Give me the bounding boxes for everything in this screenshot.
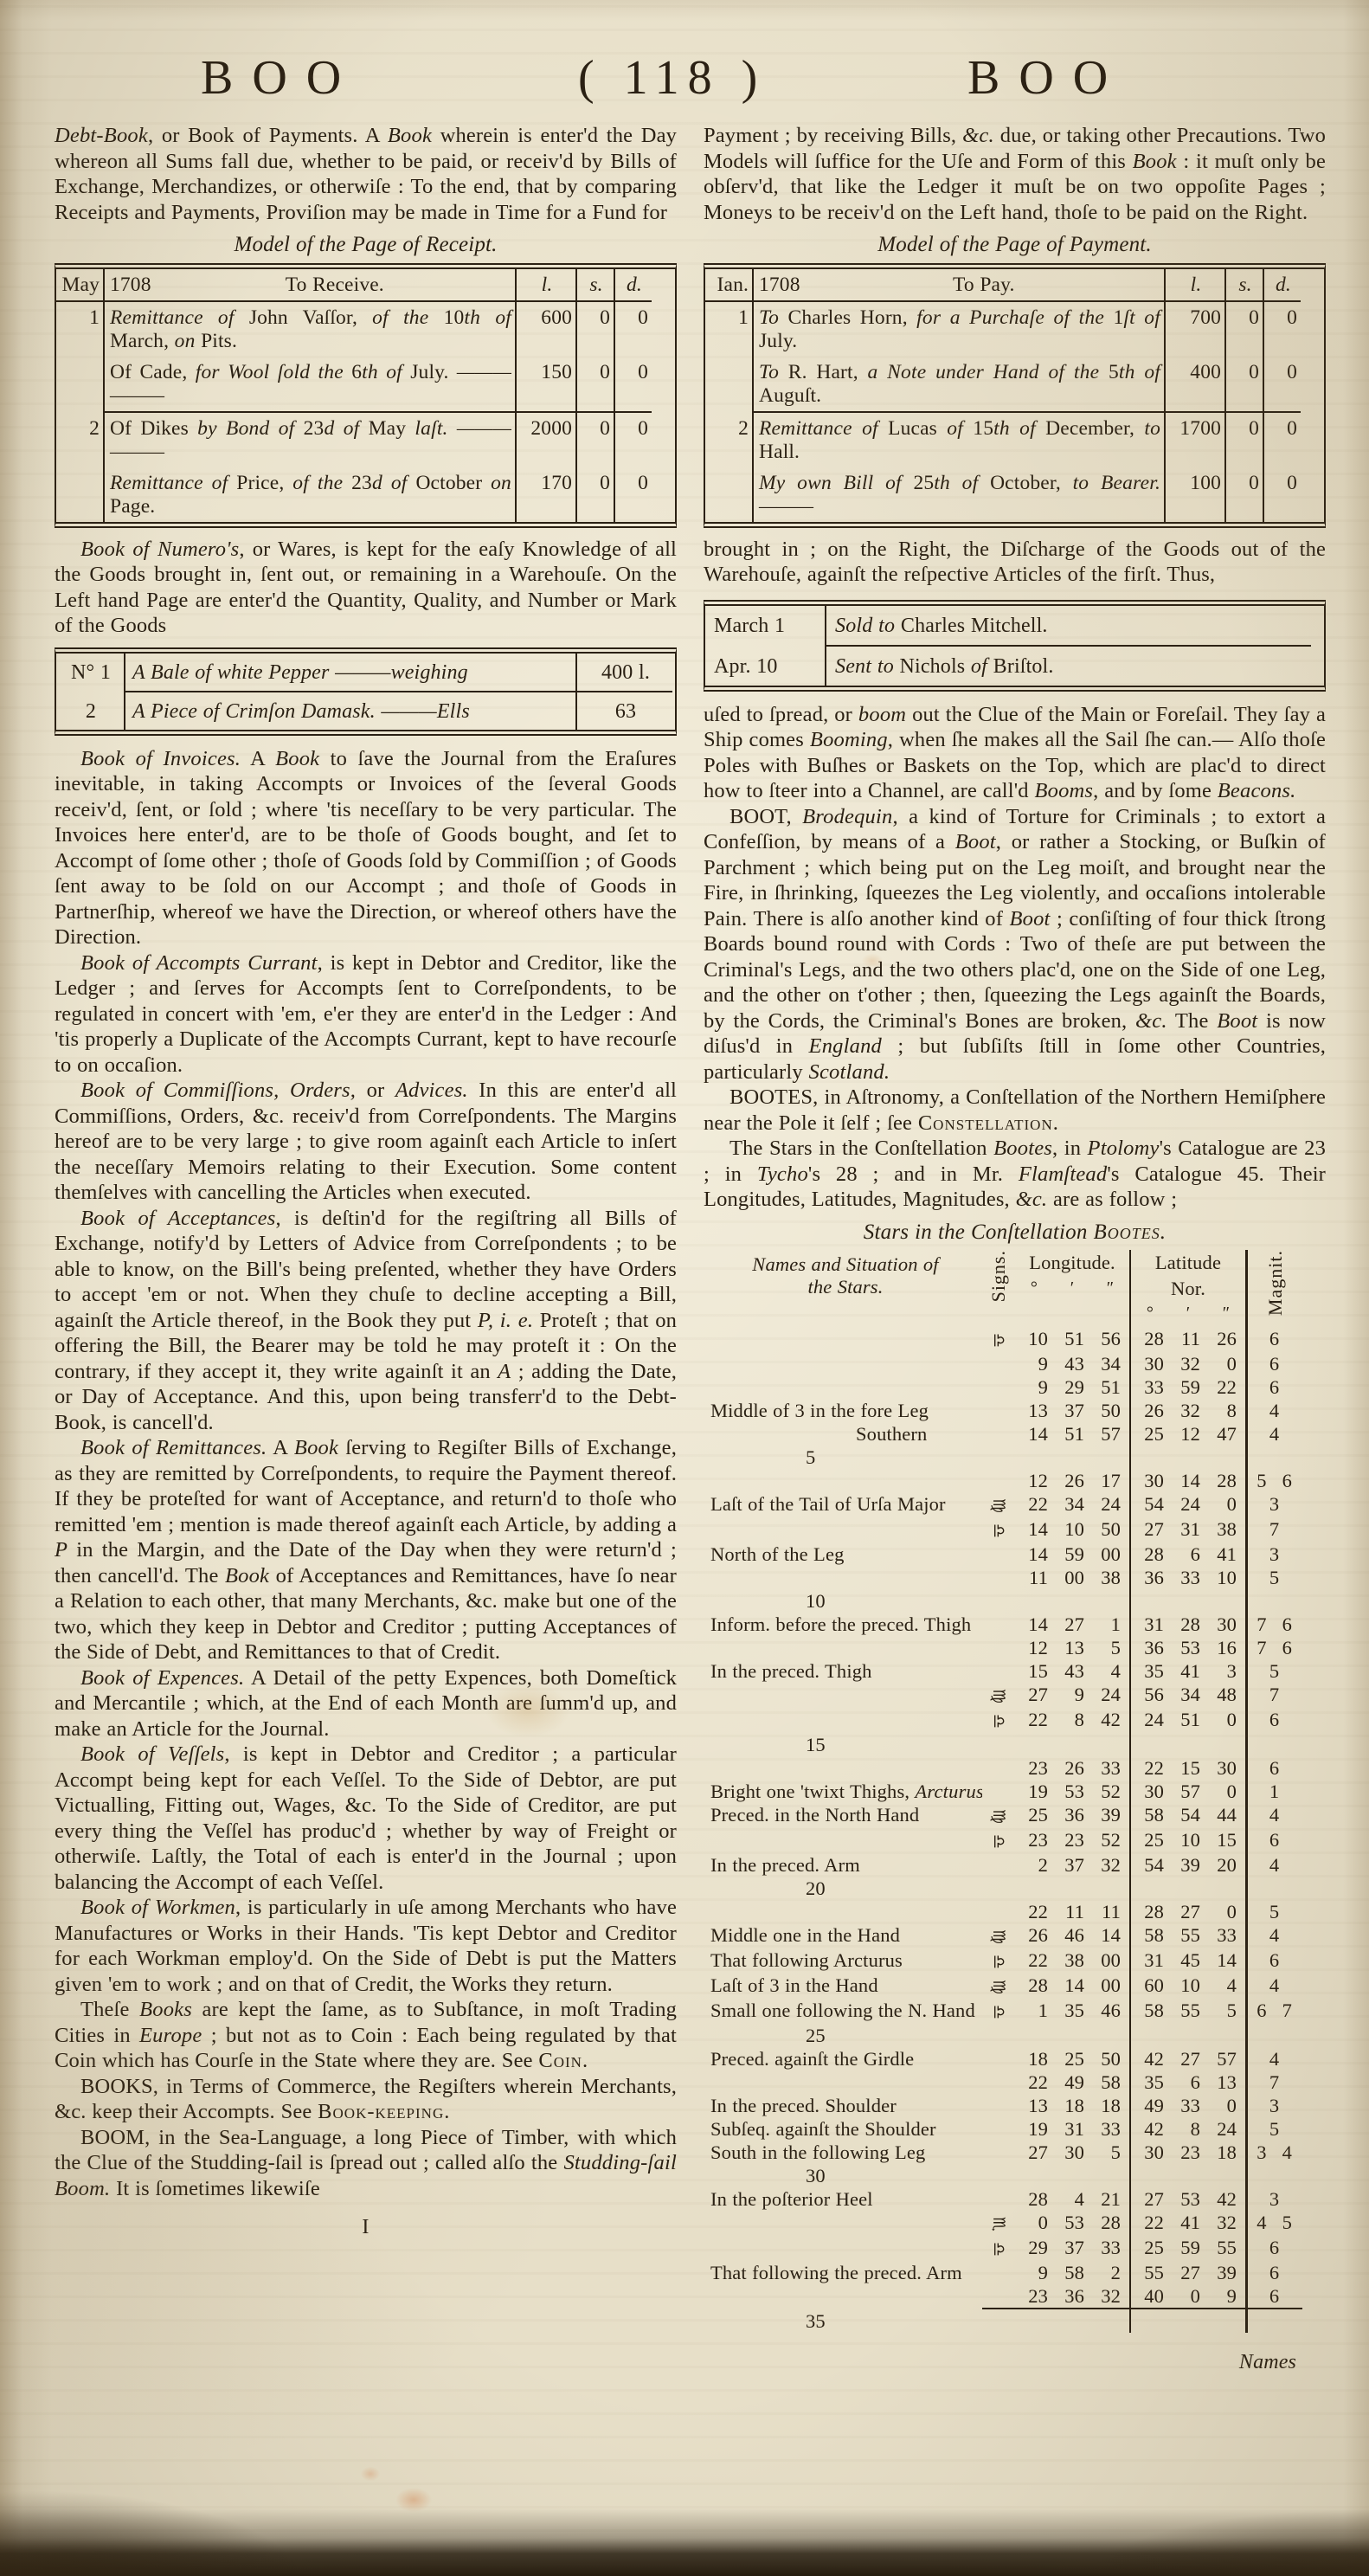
- latitude-deg: 58: [1129, 1999, 1173, 2024]
- stars-table-row: Small one following the N. Hand♎13546585…: [709, 1999, 1326, 2024]
- longitude-deg: 9: [1015, 1352, 1057, 1375]
- star-name: Laſt of the Tail of Urſa Major: [709, 1492, 982, 1517]
- latitude-deg: 26: [1129, 1399, 1173, 1422]
- longitude-deg: 18: [1015, 2047, 1057, 2070]
- star-sign: ♎: [982, 1327, 1015, 1352]
- star-sign: ♎: [982, 1999, 1015, 2024]
- longitude-min: 37: [1057, 1853, 1093, 1877]
- latitude-min: 23: [1173, 2141, 1209, 2164]
- stars-table-row: ♎2937332559556: [709, 2236, 1326, 2261]
- latitude-sec: 57: [1209, 2047, 1245, 2070]
- payment-table: Ian. 1708To Pay. l. s. d. 1 To Charles H…: [704, 263, 1326, 528]
- latitude-deg: 49: [1129, 2094, 1173, 2117]
- latitude-deg: 35: [1129, 2070, 1173, 2094]
- star-name: Small one following the N. Hand: [709, 1999, 982, 2024]
- star-sign: ♍: [982, 1923, 1015, 1948]
- longitude-min: 8: [1057, 1708, 1093, 1733]
- para-numeros: Book of Numero's, or Wares, is kept for …: [55, 537, 677, 639]
- star-magnitude: 6: [1245, 1948, 1302, 1974]
- star-sign: [982, 2164, 1015, 2187]
- stars-table-row: Preced. againſt the Girdle1825504227574: [709, 2047, 1326, 2070]
- latitude-min: 10: [1173, 1828, 1209, 1853]
- star-name: [709, 1469, 982, 1492]
- latitude-sec: 44: [1209, 1803, 1245, 1828]
- latitude-deg: 25: [1129, 2236, 1173, 2261]
- stars-group-label-row: 5: [709, 1446, 1326, 1469]
- receipt-title: To Receive.: [158, 274, 511, 297]
- star-sign: ♎: [982, 1708, 1015, 1733]
- receipt-month: May: [56, 269, 105, 302]
- stars-table-row: ♎2323522510156: [709, 1828, 1326, 1853]
- star-name: In the preced. Arm: [709, 1853, 982, 1877]
- star-sign: [982, 1542, 1015, 1566]
- longitude-deg: 11: [1015, 1566, 1057, 1589]
- longitude-deg: 14: [1015, 1517, 1057, 1542]
- longitude-min: 51: [1057, 1422, 1093, 1446]
- receipt-table-header: May 1708To Receive. l. s. d.: [56, 269, 675, 302]
- stars-table-row: ♎1051562811266: [709, 1327, 1326, 1352]
- longitude-min: 46: [1057, 1923, 1093, 1948]
- star-name: That following the preced. Arm: [709, 2261, 982, 2284]
- payment-year: 1708: [759, 274, 800, 297]
- stars-table-row: That following Arcturus♎2238003145146: [709, 1948, 1326, 1974]
- longitude-deg: 12: [1015, 1636, 1057, 1659]
- latitude-sec: 0: [1209, 2094, 1245, 2117]
- latitude-deg: [1129, 1589, 1173, 1613]
- latitude-deg: 25: [1129, 1828, 1173, 1853]
- longitude-deg: 27: [1015, 1683, 1057, 1708]
- star-magnitude: [1245, 1733, 1302, 1756]
- longitude-deg: 27: [1015, 2141, 1057, 2164]
- longitude-sec: 32: [1093, 1853, 1129, 1877]
- longitude-min: [1057, 1446, 1093, 1469]
- table-row: 2 Remittance of Lucas of 15th of Decembe…: [705, 413, 1324, 467]
- stars-table-row: 121353653167 6: [709, 1636, 1326, 1659]
- longitude-sec: 2: [1093, 2261, 1129, 2284]
- longitude-min: [1057, 2309, 1093, 2333]
- star-sign: [982, 1352, 1015, 1375]
- star-sign: [982, 1469, 1015, 1492]
- star-magnitude: 4: [1245, 1803, 1302, 1828]
- star-sign: [982, 2070, 1015, 2094]
- longitude-min: [1057, 1877, 1093, 1900]
- stars-table-row: In the poſterior Heel284212753423: [709, 2187, 1326, 2211]
- star-name: Preced. againſt the Girdle: [709, 2047, 982, 2070]
- latitude-min: 39: [1173, 1853, 1209, 1877]
- table-row: 2 A Piece of Crimſon Damask. ———Ells 63: [56, 692, 675, 730]
- longitude-min: 25: [1057, 2047, 1093, 2070]
- latitude-sec: 13: [1209, 2070, 1245, 2094]
- latitude-sec: 39: [1209, 2261, 1245, 2284]
- star-name: [709, 1683, 982, 1708]
- para-boom-continued: uſed to ſpread, or boom out the Clue of …: [704, 702, 1326, 804]
- longitude-min: [1057, 2164, 1093, 2187]
- longitude-deg: 0: [1015, 2211, 1057, 2236]
- latitude-min: 11: [1173, 1327, 1209, 1352]
- star-magnitude: 6: [1245, 1756, 1302, 1780]
- longitude-sec: 57: [1093, 1422, 1129, 1446]
- latitude-deg: 55: [1129, 2261, 1173, 2284]
- star-sign: [982, 2284, 1015, 2309]
- latitude-min: [1173, 1446, 1209, 1469]
- latitude-min: [1173, 1733, 1209, 1756]
- longitude-deg: 29: [1015, 2236, 1057, 2261]
- latitude-min: 34: [1173, 1683, 1209, 1708]
- stars-group-label: 20: [709, 1877, 982, 1900]
- star-magnitude: 3: [1245, 2187, 1302, 2211]
- longitude-deg: [1015, 2164, 1057, 2187]
- stars-group-label: 10: [709, 1589, 982, 1613]
- para-stars-intro: The Stars in the Conſtellation Bootes, i…: [704, 1136, 1326, 1213]
- longitude-min: 30: [1057, 2141, 1093, 2164]
- receipt-col-d: d.: [614, 269, 652, 302]
- longitude-sec: 38: [1093, 1566, 1129, 1589]
- latitude-sec: 47: [1209, 1422, 1245, 1446]
- stars-table: Names and Situation of the Stars. Signs.…: [709, 1250, 1326, 2333]
- latitude-sec: [1209, 1446, 1245, 1469]
- stars-table-row: Preced. in the North Hand♍2536395854444: [709, 1803, 1326, 1828]
- right-column: Payment ; by receiving Bills, &c. due, o…: [704, 123, 1326, 2375]
- latitude-deg: 28: [1129, 1900, 1173, 1923]
- stars-group-label: 5: [709, 1446, 982, 1469]
- stars-col-longitude: Longitude. °′″: [1015, 1250, 1129, 1327]
- latitude-sec: 24: [1209, 2117, 1245, 2141]
- latitude-min: 45: [1173, 1948, 1209, 1974]
- latitude-min: [1173, 1589, 1209, 1613]
- star-sign: [982, 1399, 1015, 1422]
- star-name: [709, 1517, 982, 1542]
- longitude-min: 18: [1057, 2094, 1093, 2117]
- star-magnitude: [1245, 2024, 1302, 2047]
- longitude-deg: 9: [1015, 1375, 1057, 1399]
- star-sign: [982, 2024, 1015, 2047]
- longitude-min: 38: [1057, 1948, 1093, 1974]
- longitude-deg: 22: [1015, 1492, 1057, 1517]
- longitude-deg: 13: [1015, 2094, 1057, 2117]
- stars-table-row: ♍279245634487: [709, 1683, 1326, 1708]
- para-remittances: Book of Remittances. A Book ſerving to R…: [55, 1435, 677, 1665]
- star-magnitude: 4: [1245, 1974, 1302, 1999]
- table-row: 2 Of Dikes by Bond of 23d of May laſt. —…: [56, 413, 675, 467]
- latitude-sec: 0: [1209, 1780, 1245, 1803]
- star-sign: ♍: [982, 1974, 1015, 1999]
- latitude-sec: 33: [1209, 1923, 1245, 1948]
- star-name: Middle of 3 in the fore Leg: [709, 1399, 982, 1422]
- latitude-min: 53: [1173, 2187, 1209, 2211]
- star-sign: ♎: [982, 1948, 1015, 1974]
- latitude-min: 15: [1173, 1756, 1209, 1780]
- latitude-deg: 58: [1129, 1803, 1173, 1828]
- star-sign: ♍: [982, 1803, 1015, 1828]
- longitude-min: 34: [1057, 1492, 1093, 1517]
- latitude-min: 10: [1173, 1974, 1209, 1999]
- star-magnitude: 6: [1245, 2236, 1302, 2261]
- stars-table-row: 1100383633105: [709, 1566, 1326, 1589]
- latitude-sec: [1209, 2309, 1245, 2333]
- warehouse-discharge-table: March 1 Sold to Charles Mitchell. Apr. 1…: [704, 600, 1326, 692]
- longitude-sec: 52: [1093, 1828, 1129, 1853]
- longitude-sec: 33: [1093, 2117, 1129, 2141]
- payment-table-caption: Model of the Page of Payment.: [704, 232, 1326, 258]
- star-sign: [982, 1877, 1015, 1900]
- stars-table-row: Laſt of 3 in the Hand♍281400601044: [709, 1974, 1326, 1999]
- star-sign: ♎: [982, 2236, 1015, 2261]
- running-head-left: BOO: [201, 50, 360, 106]
- longitude-deg: 23: [1015, 1756, 1057, 1780]
- longitude-sec: 4: [1093, 1659, 1129, 1683]
- stars-table-row: In the preced. Arm237325439204: [709, 1853, 1326, 1877]
- stars-table-row: ♎22842245106: [709, 1708, 1326, 1733]
- star-sign: [982, 1589, 1015, 1613]
- para-these-books: Theſe Books are kept the ſame, as to Sub…: [55, 1997, 677, 2074]
- payment-table-header: Ian. 1708To Pay. l. s. d.: [705, 269, 1324, 302]
- page-number: ( 118 ): [578, 50, 766, 106]
- latitude-sec: 16: [1209, 1636, 1245, 1659]
- para-expences: Book of Expences. A Detail of the petty …: [55, 1665, 677, 1742]
- para-books: BOOKS, in Terms of Commerce, the Regiſte…: [55, 2074, 677, 2125]
- latitude-sec: 30: [1209, 1613, 1245, 1636]
- latitude-deg: [1129, 1733, 1173, 1756]
- stars-table-row: In the preced. Shoulder131818493303: [709, 2094, 1326, 2117]
- table-row: 1 Remittance of John Vaſſor, of the 10th…: [56, 302, 675, 357]
- stars-col-signs: Signs.: [982, 1250, 1015, 1327]
- star-name: Subſeq. againſt the Shoulder: [709, 2117, 982, 2141]
- star-name: In the preced. Shoulder: [709, 2094, 982, 2117]
- longitude-deg: [1015, 2024, 1057, 2047]
- longitude-sec: 00: [1093, 1948, 1129, 1974]
- longitude-deg: 14: [1015, 1542, 1057, 1566]
- star-name: Laſt of 3 in the Hand: [709, 1974, 982, 1999]
- longitude-sec: 33: [1093, 2236, 1129, 2261]
- longitude-min: 37: [1057, 2236, 1093, 2261]
- star-magnitude: 6: [1245, 1327, 1302, 1352]
- stars-group-label: 15: [709, 1733, 982, 1756]
- longitude-sec: 50: [1093, 1517, 1129, 1542]
- latitude-sec: [1209, 1877, 1245, 1900]
- star-magnitude: [1245, 2164, 1302, 2187]
- star-sign: [982, 1636, 1015, 1659]
- stars-table-row: In the preced. Thigh15434354135: [709, 1659, 1326, 1683]
- latitude-sec: 4: [1209, 1974, 1245, 1999]
- latitude-min: 27: [1173, 2047, 1209, 2070]
- latitude-deg: 54: [1129, 1853, 1173, 1877]
- longitude-sec: 1: [1093, 1613, 1129, 1636]
- star-magnitude: 4 5: [1245, 2211, 1302, 2236]
- longitude-sec: 50: [1093, 1399, 1129, 1422]
- longitude-sec: 14: [1093, 1923, 1129, 1948]
- receipt-col-l: l.: [515, 269, 575, 302]
- star-sign: [982, 2187, 1015, 2211]
- star-sign: [982, 2117, 1015, 2141]
- star-sign: ♎: [982, 1517, 1015, 1542]
- longitude-min: 11: [1057, 1900, 1093, 1923]
- star-name: [709, 1375, 982, 1399]
- star-sign: ♎: [982, 1828, 1015, 1853]
- stars-group-label-row: 20: [709, 1877, 1326, 1900]
- stars-table-row: Middle one in the Hand♍2646145855334: [709, 1923, 1326, 1948]
- star-magnitude: 5: [1245, 1659, 1302, 1683]
- para-brought-in: brought in ; on the Right, the Diſcharge…: [704, 537, 1326, 588]
- star-sign: [982, 1375, 1015, 1399]
- longitude-min: 14: [1057, 1974, 1093, 1999]
- longitude-deg: 23: [1015, 1828, 1057, 1853]
- longitude-sec: 42: [1093, 1708, 1129, 1733]
- latitude-sec: 14: [1209, 1948, 1245, 1974]
- longitude-sec: 00: [1093, 1542, 1129, 1566]
- longitude-deg: 22: [1015, 2070, 1057, 2094]
- longitude-sec: [1093, 1589, 1129, 1613]
- longitude-min: [1057, 2024, 1093, 2047]
- latitude-min: 0: [1173, 2284, 1209, 2309]
- numero-table: N° 1 A Bale of white Pepper ———weighing …: [55, 647, 677, 736]
- star-magnitude: 5: [1245, 2117, 1302, 2141]
- longitude-sec: 24: [1093, 1492, 1129, 1517]
- longitude-sec: 52: [1093, 1780, 1129, 1803]
- para-bootes: BOOTES, in Aſtronomy, a Conſtellation of…: [704, 1085, 1326, 1136]
- star-name: [709, 1756, 982, 1780]
- longitude-deg: 22: [1015, 1948, 1057, 1974]
- longitude-min: 13: [1057, 1636, 1093, 1659]
- para-invoices: Book of Invoices. A Book to ſave the Jou…: [55, 746, 677, 950]
- latitude-min: 28: [1173, 1613, 1209, 1636]
- latitude-min: 33: [1173, 1566, 1209, 1589]
- latitude-sec: 3: [1209, 1659, 1245, 1683]
- stars-table-row: Middle of 3 in the fore Leg133750263284: [709, 1399, 1326, 1422]
- latitude-min: 54: [1173, 1803, 1209, 1828]
- table-row: March 1 Sold to Charles Mitchell.: [705, 606, 1324, 647]
- latitude-sec: 48: [1209, 1683, 1245, 1708]
- latitude-deg: 31: [1129, 1613, 1173, 1636]
- star-magnitude: 4: [1245, 1399, 1302, 1422]
- stars-table-row: That following the preced. Arm9582552739…: [709, 2261, 1326, 2284]
- stars-group-label: 25: [709, 2024, 982, 2047]
- para-vessels: Book of Veſſels, is kept in Debtor and C…: [55, 1742, 677, 1895]
- latitude-min: 59: [1173, 2236, 1209, 2261]
- latitude-min: 33: [1173, 2094, 1209, 2117]
- star-magnitude: 7 6: [1245, 1613, 1302, 1636]
- latitude-sec: [1209, 2024, 1245, 2047]
- stars-group-label-row: 30: [709, 2164, 1326, 2187]
- latitude-deg: 24: [1129, 1708, 1173, 1733]
- stars-table-row: 1226173014285 6: [709, 1469, 1326, 1492]
- star-magnitude: 4: [1245, 1422, 1302, 1446]
- star-magnitude: 5: [1245, 1900, 1302, 1923]
- latitude-min: 32: [1173, 1399, 1209, 1422]
- para-accompts-currant: Book of Accompts Currant, is kept in Deb…: [55, 950, 677, 1079]
- catchword: Names: [704, 2350, 1326, 2376]
- stars-table-row: Laſt of the Tail of Urſa Major♍223424542…: [709, 1492, 1326, 1517]
- payment-title: To Pay.: [807, 274, 1160, 297]
- star-sign: [982, 2309, 1015, 2333]
- stars-group-label-row: 25: [709, 2024, 1326, 2047]
- latitude-sec: 38: [1209, 1517, 1245, 1542]
- signature-mark: I: [55, 2215, 677, 2241]
- longitude-deg: [1015, 1446, 1057, 1469]
- latitude-deg: 56: [1129, 1683, 1173, 1708]
- longitude-sec: 17: [1093, 1469, 1129, 1492]
- longitude-deg: 19: [1015, 2117, 1057, 2141]
- latitude-deg: 36: [1129, 1566, 1173, 1589]
- star-name: [709, 2211, 982, 2236]
- star-magnitude: 7: [1245, 1517, 1302, 1542]
- star-name: [709, 1327, 982, 1352]
- longitude-deg: 12: [1015, 1469, 1057, 1492]
- star-magnitude: 5: [1245, 1566, 1302, 1589]
- latitude-min: 57: [1173, 1780, 1209, 1803]
- longitude-sec: 58: [1093, 2070, 1129, 2094]
- longitude-sec: 56: [1093, 1327, 1129, 1352]
- longitude-min: 43: [1057, 1352, 1093, 1375]
- latitude-deg: 31: [1129, 1948, 1173, 1974]
- star-name: In the poſterior Heel: [709, 2187, 982, 2211]
- receipt-year: 1708: [110, 274, 151, 297]
- latitude-units: °′″: [1131, 1301, 1245, 1327]
- star-magnitude: 3: [1245, 1492, 1302, 1517]
- longitude-deg: 25: [1015, 1803, 1057, 1828]
- latitude-sec: 5: [1209, 1999, 1245, 2024]
- table-row: Remittance of Price, of the 23d of Octob…: [56, 467, 675, 522]
- stars-table-row: 23363240096: [709, 2284, 1326, 2309]
- longitude-min: 9: [1057, 1683, 1093, 1708]
- longitude-min: 10: [1057, 1517, 1093, 1542]
- stars-table-row: ♎1410502731387: [709, 1517, 1326, 1542]
- longitude-sec: 39: [1093, 1803, 1129, 1828]
- star-magnitude: [1245, 1589, 1302, 1613]
- latitude-deg: 40: [1129, 2284, 1173, 2309]
- longitude-deg: 1: [1015, 1999, 1057, 2024]
- longitude-min: 58: [1057, 2261, 1093, 2284]
- star-name: That following Arcturus: [709, 1948, 982, 1974]
- latitude-deg: 30: [1129, 1469, 1173, 1492]
- star-magnitude: 6: [1245, 1828, 1302, 1853]
- star-sign: [982, 1780, 1015, 1803]
- star-magnitude: 6: [1245, 2261, 1302, 2284]
- longitude-min: [1057, 1733, 1093, 1756]
- stars-table-row: 929513359226: [709, 1375, 1326, 1399]
- latitude-min: 41: [1173, 1659, 1209, 1683]
- stars-table-row: 224958356137: [709, 2070, 1326, 2094]
- payment-col-l: l.: [1164, 269, 1224, 302]
- para-commissions: Book of Commiſſions, Orders, or Advices.…: [55, 1078, 677, 1206]
- star-name: North of the Leg: [709, 1542, 982, 1566]
- latitude-deg: 60: [1129, 1974, 1173, 1999]
- longitude-deg: [1015, 1733, 1057, 1756]
- longitude-sec: 24: [1093, 1683, 1129, 1708]
- latitude-min: 24: [1173, 1492, 1209, 1517]
- star-magnitude: 6: [1245, 1375, 1302, 1399]
- stars-table-body: ♎105156281126694334303206929513359226Mid…: [709, 1327, 1326, 2333]
- latitude-sec: 9: [1209, 2284, 1245, 2309]
- stars-table-header: Names and Situation of the Stars. Signs.…: [709, 1250, 1326, 1327]
- star-magnitude: [1245, 1877, 1302, 1900]
- payment-month: Ian.: [705, 269, 754, 302]
- longitude-sec: [1093, 1733, 1129, 1756]
- longitude-sec: 00: [1093, 1974, 1129, 1999]
- star-magnitude: 4: [1245, 1853, 1302, 1877]
- latitude-deg: [1129, 2024, 1173, 2047]
- longitude-min: 53: [1057, 2211, 1093, 2236]
- star-magnitude: 6: [1245, 1352, 1302, 1375]
- latitude-deg: 58: [1129, 1923, 1173, 1948]
- stars-table-row: North of the Leg145900286413: [709, 1542, 1326, 1566]
- longitude-sec: [1093, 1877, 1129, 1900]
- longitude-min: 43: [1057, 1659, 1093, 1683]
- receipt-col-s: s.: [575, 269, 614, 302]
- latitude-deg: 35: [1129, 1659, 1173, 1683]
- stars-table-row: Bright one 'twixt Thighs, Arcturus195352…: [709, 1780, 1326, 1803]
- star-name: [709, 1636, 982, 1659]
- longitude-sec: [1093, 2309, 1129, 2333]
